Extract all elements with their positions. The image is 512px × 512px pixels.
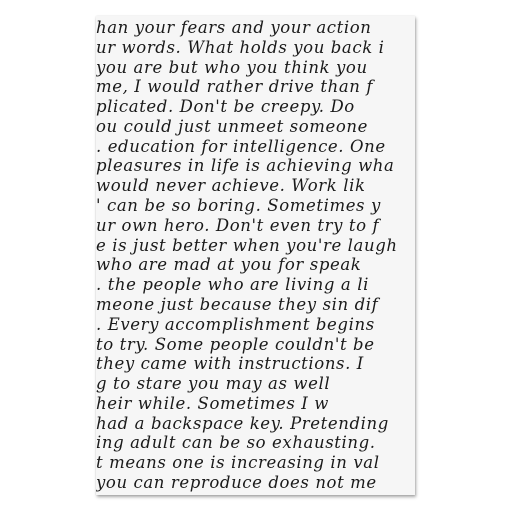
- handwriting-line: plicated. Don't be creepy. Do: [96, 97, 415, 117]
- handwriting-line: to try. Some people couldn't be: [96, 335, 415, 355]
- handwriting-line: . Every accomplishment begins: [96, 315, 415, 335]
- handwriting-line: e is just better when you're laugh: [96, 236, 415, 256]
- handwriting-line: me, I would rather drive than f: [96, 77, 415, 97]
- handwriting-line: would never achieve. Work lik: [96, 176, 415, 196]
- handwriting-line: ing adult can be so exhausting.: [96, 433, 415, 453]
- handwriting-line: han your fears and your action: [96, 18, 415, 38]
- handwriting-line: they came with instructions. I: [96, 354, 415, 374]
- handwriting-line: ur words. What holds you back i: [96, 38, 415, 58]
- handwriting-line: ur own hero. Don't even try to f: [96, 216, 415, 236]
- handwriting-line: had a backspace key. Pretending: [96, 414, 415, 434]
- handwriting-line: ou could just unmeet someone: [96, 117, 415, 137]
- handwriting-line: you are but who you think you: [96, 58, 415, 78]
- handwriting-line: t means one is increasing in val: [96, 453, 415, 473]
- handwriting-line: . the people who are living a li: [96, 275, 415, 295]
- handwriting-text-block: han your fears and your actionur words. …: [96, 18, 415, 493]
- tissue-paper-sheet: han your fears and your actionur words. …: [96, 16, 415, 495]
- handwriting-line: meone just because they sin dif: [96, 295, 415, 315]
- product-image-stage: han your fears and your actionur words. …: [0, 0, 512, 512]
- handwriting-line: pleasures in life is achieving wha: [96, 156, 415, 176]
- handwriting-line: g to stare you may as well: [96, 374, 415, 394]
- handwriting-line: ' can be so boring. Sometimes y: [96, 196, 415, 216]
- handwriting-line: . education for intelligence. One: [96, 137, 415, 157]
- handwriting-line: heir while. Sometimes I w: [96, 394, 415, 414]
- handwriting-line: you can reproduce does not me: [96, 473, 415, 493]
- handwriting-line: who are mad at you for speak: [96, 255, 415, 275]
